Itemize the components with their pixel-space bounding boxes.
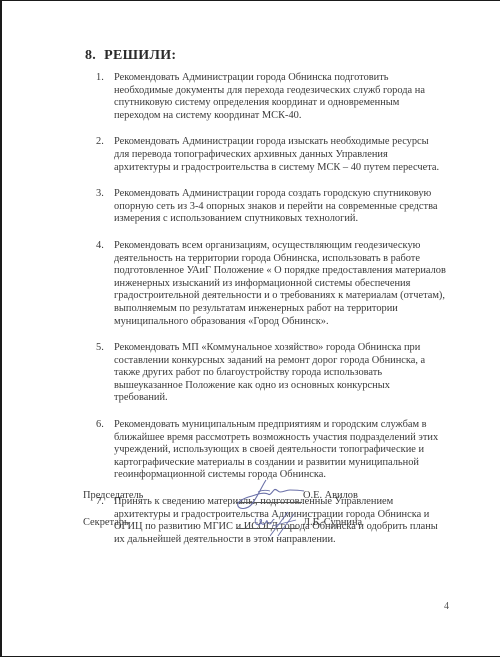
- item-text: Рекомендовать всем организациям, осущест…: [114, 240, 446, 327]
- list-item: 2. Рекомендовать Администрации города из…: [96, 136, 446, 174]
- item-number: 4.: [96, 240, 104, 253]
- list-item: 5. Рекомендовать МП «Коммунальное хозяйс…: [96, 342, 446, 405]
- item-text: Рекомендовать муниципальным предприятиям…: [114, 419, 438, 480]
- item-number: 2.: [96, 136, 104, 149]
- secretary-signature-icon: [250, 510, 300, 540]
- item-number: 3.: [96, 188, 104, 201]
- item-text: Рекомендовать МП «Коммунальное хозяйство…: [114, 342, 425, 403]
- item-text: Рекомендовать Администрации города Обнин…: [114, 72, 425, 121]
- item-number: 5.: [96, 342, 104, 355]
- list-item: 1. Рекомендовать Администрации города Об…: [96, 72, 446, 122]
- section-heading: 8.РЕШИЛИ:: [85, 48, 176, 64]
- chairman-role: Председатель: [83, 490, 143, 501]
- list-item: 4. Рекомендовать всем организациям, осущ…: [96, 240, 446, 328]
- list-item: 6. Рекомендовать муниципальным предприят…: [96, 419, 446, 482]
- list-item: 3. Рекомендовать Администрации города со…: [96, 188, 446, 226]
- item-number: 6.: [96, 419, 104, 432]
- item-number: 1.: [96, 72, 104, 85]
- section-title: РЕШИЛИ:: [104, 48, 176, 63]
- chairman-name: О.Е. Авилов: [303, 490, 358, 501]
- item-text: Рекомендовать Администрации города изыск…: [114, 136, 439, 172]
- document-page: 8.РЕШИЛИ: 1. Рекомендовать Администрации…: [0, 0, 500, 657]
- chairman-signature-icon: [228, 478, 308, 512]
- secretary-role: Секретарь: [83, 517, 129, 528]
- secretary-name: Л.Б. Сурнина: [303, 517, 362, 528]
- item-text: Рекомендовать Администрации города созда…: [114, 188, 437, 224]
- page-number: 4: [444, 601, 449, 612]
- section-number: 8.: [85, 48, 96, 63]
